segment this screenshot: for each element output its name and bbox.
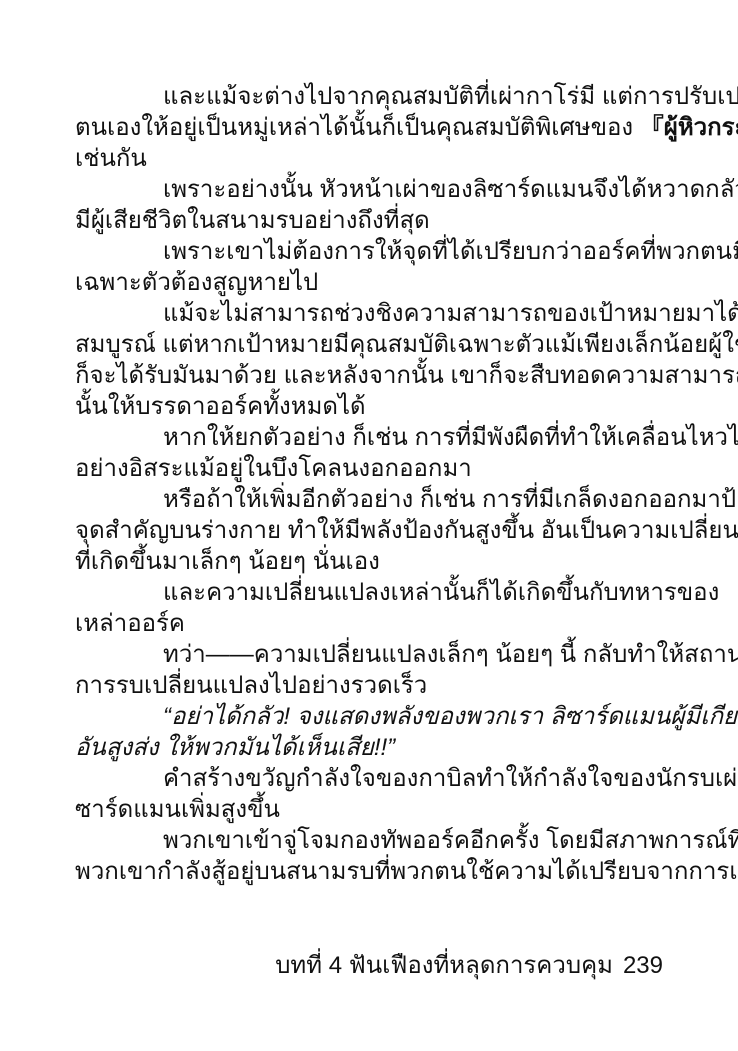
text-line: หรือถ้าให้เพิ่มอีกตัวอย่าง ก็เช่น การที่… <box>75 484 665 515</box>
text-line: พวกเขาเข้าจู่โจมกองทัพออร์คอีกครั้ง โดยม… <box>75 825 665 856</box>
text-line: “อย่าได้กลัว! จงแสดงพลังของพวกเรา ลิซาร์… <box>75 701 665 732</box>
text-line: เหล่าออร์ค <box>75 608 665 639</box>
page-footer: บทที่ 4 ฟันเฟืองที่หลุดการควบคุม239 <box>275 950 663 981</box>
text-segment: เช่นกัน <box>75 145 147 172</box>
emphasized-term: 『ผู้หิวกระหาย』 <box>640 114 738 141</box>
text-segment: และความเปลี่ยนแปลงเหล่านั้นก็ได้เกิดขึ้น… <box>163 579 719 606</box>
text-line: เช่นกัน <box>75 143 665 174</box>
chapter-title: บทที่ 4 ฟันเฟืองที่หลุดการควบคุม <box>275 952 613 979</box>
text-line: ที่เกิดขึ้นมาเล็กๆ น้อยๆ นั่นเอง <box>75 546 665 577</box>
text-segment: พวกเขาเข้าจู่โจมกองทัพออร์คอีกครั้ง โดยม… <box>163 827 738 854</box>
text-segment: มีผู้เสียชีวิตในสนามรบอย่างถึงที่สุด <box>75 207 430 234</box>
text-segment: อย่างอิสระแม้อยู่ในบึงโคลนงอกออกมา <box>75 455 472 482</box>
text-line: เฉพาะตัวต้องสูญหายไป <box>75 267 665 298</box>
text-segment: หากให้ยกตัวอย่าง ก็เช่น การที่มีพังผืดที… <box>163 424 738 451</box>
text-line: พวกเขากำลังสู้อยู่บนสนามรบที่พวกตนใช้ควา… <box>75 856 665 887</box>
text-segment: สมบูรณ์ แต่หากเป้าหมายมีคุณสมบัติเฉพาะตั… <box>75 331 738 358</box>
text-segment: จุดสำคัญบนร่างกาย ทำให้มีพลังป้องกันสูงข… <box>75 517 738 544</box>
text-line: สมบูรณ์ แต่หากเป้าหมายมีคุณสมบัติเฉพาะตั… <box>75 329 665 360</box>
text-line: แม้จะไม่สามารถช่วงชิงความสามารถของเป้าหม… <box>75 298 665 329</box>
text-line: ทว่า——ความเปลี่ยนแปลงเล็กๆ น้อยๆ นี้ กลั… <box>75 639 665 670</box>
text-line: อันสูงส่ง ให้พวกมันได้เห็นเสีย!!” <box>75 732 665 763</box>
book-page: และแม้จะต่างไปจากคุณสมบัติที่เผ่ากาโร่มี… <box>0 0 738 1051</box>
text-segment: เพราะเขาไม่ต้องการให้จุดที่ได้เปรียบกว่า… <box>163 238 738 265</box>
text-line: คำสร้างขวัญกำลังใจของกาบิลทำให้กำลังใจขอ… <box>75 763 665 794</box>
text-line: ก็จะได้รับมันมาด้วย และหลังจากนั้น เขาก็… <box>75 360 665 391</box>
text-segment: การรบเปลี่ยนแปลงไปอย่างรวดเร็ว <box>75 672 427 699</box>
text-segment: และแม้จะต่างไปจากคุณสมบัติที่เผ่ากาโร่มี… <box>163 83 738 110</box>
text-segment: ที่เกิดขึ้นมาเล็กๆ น้อยๆ นั่นเอง <box>75 548 380 575</box>
text-segment: ซาร์ดแมนเพิ่มสูงขึ้น <box>75 796 280 823</box>
text-segment: คำสร้างขวัญกำลังใจของกาบิลทำให้กำลังใจขอ… <box>163 765 738 792</box>
text-line: และแม้จะต่างไปจากคุณสมบัติที่เผ่ากาโร่มี… <box>75 81 665 112</box>
body-text: และแม้จะต่างไปจากคุณสมบัติที่เผ่ากาโร่มี… <box>75 81 665 887</box>
text-segment: หรือถ้าให้เพิ่มอีกตัวอย่าง ก็เช่น การที่… <box>163 486 738 513</box>
text-line: ตนเองให้อยู่เป็นหมู่เหล่าได้นั้นก็เป็นคุ… <box>75 112 665 143</box>
text-line: เพราะเขาไม่ต้องการให้จุดที่ได้เปรียบกว่า… <box>75 236 665 267</box>
text-line: อย่างอิสระแม้อยู่ในบึงโคลนงอกออกมา <box>75 453 665 484</box>
text-segment: นั้นให้บรรดาออร์คทั้งหมดได้ <box>75 393 366 420</box>
text-segment: เหล่าออร์ค <box>75 610 185 637</box>
text-line: นั้นให้บรรดาออร์คทั้งหมดได้ <box>75 391 665 422</box>
text-segment: อันสูงส่ง ให้พวกมันได้เห็นเสีย!!” <box>75 734 395 761</box>
text-segment: ก็จะได้รับมันมาด้วย และหลังจากนั้น เขาก็… <box>75 362 738 389</box>
text-segment: ทว่า——ความเปลี่ยนแปลงเล็กๆ น้อยๆ นี้ กลั… <box>163 641 738 668</box>
text-segment: เฉพาะตัวต้องสูญหายไป <box>75 269 318 296</box>
text-line: มีผู้เสียชีวิตในสนามรบอย่างถึงที่สุด <box>75 205 665 236</box>
text-line: ซาร์ดแมนเพิ่มสูงขึ้น <box>75 794 665 825</box>
text-line: จุดสำคัญบนร่างกาย ทำให้มีพลังป้องกันสูงข… <box>75 515 665 546</box>
page-number: 239 <box>623 952 663 979</box>
text-line: หากให้ยกตัวอย่าง ก็เช่น การที่มีพังผืดที… <box>75 422 665 453</box>
text-segment: ตนเองให้อยู่เป็นหมู่เหล่าได้นั้นก็เป็นคุ… <box>75 114 640 141</box>
text-segment: พวกเขากำลังสู้อยู่บนสนามรบที่พวกตนใช้ควา… <box>75 858 738 885</box>
text-segment: “อย่าได้กลัว! จงแสดงพลังของพวกเรา ลิซาร์… <box>163 703 738 730</box>
text-line: เพราะอย่างนั้น หัวหน้าเผ่าของลิซาร์ดแมนจ… <box>75 174 665 205</box>
text-line: การรบเปลี่ยนแปลงไปอย่างรวดเร็ว <box>75 670 665 701</box>
text-line: และความเปลี่ยนแปลงเหล่านั้นก็ได้เกิดขึ้น… <box>75 577 665 608</box>
text-segment: เพราะอย่างนั้น หัวหน้าเผ่าของลิซาร์ดแมนจ… <box>163 176 738 203</box>
text-segment: แม้จะไม่สามารถช่วงชิงความสามารถของเป้าหม… <box>163 300 738 327</box>
